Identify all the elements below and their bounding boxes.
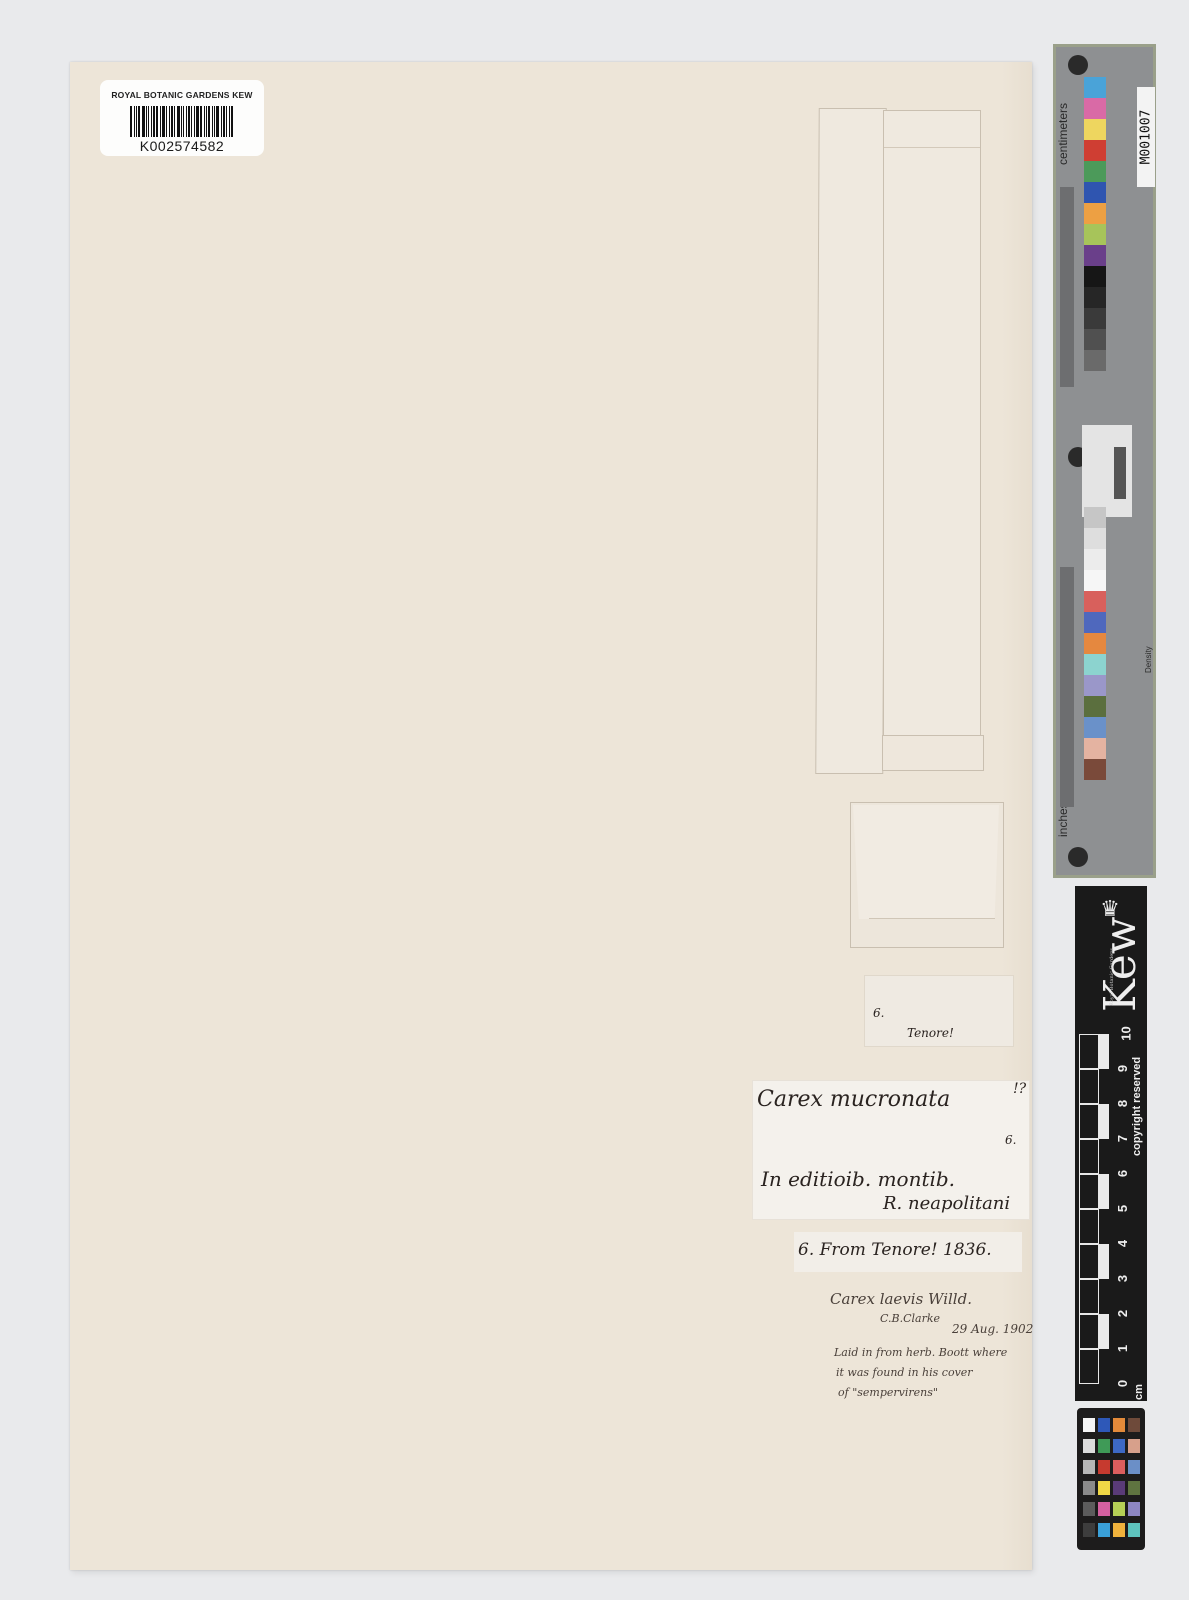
color-swatch <box>1084 98 1106 119</box>
ruler-block <box>1079 1209 1099 1244</box>
checker-patch <box>1098 1523 1110 1537</box>
barcode-bar <box>169 106 170 137</box>
barcode-bar <box>181 106 183 137</box>
checker-patch <box>1113 1418 1125 1432</box>
det-note-3: of "sempervirens" <box>838 1386 938 1399</box>
barcode-bar <box>196 106 199 137</box>
barcode-bar <box>208 106 210 137</box>
det-taxon: Carex laevis Willd. <box>830 1290 972 1308</box>
color-swatch <box>1084 245 1106 266</box>
ruler-number: 9 <box>1115 1065 1130 1072</box>
checker-patch <box>1113 1481 1125 1495</box>
ruler-block <box>1079 1174 1099 1209</box>
copyright-text: copyright reserved <box>1131 1057 1143 1156</box>
barcode-bar <box>191 106 192 137</box>
barcode-bar <box>200 106 202 137</box>
ruler-number: 7 <box>1115 1135 1130 1142</box>
checker-patch <box>1128 1439 1140 1453</box>
query-mark: !? <box>1013 1081 1026 1097</box>
kew-logo: Kew <box>1095 917 1146 1012</box>
ruler-number: 8 <box>1115 1100 1130 1107</box>
barcode-bar <box>216 106 219 137</box>
ruler-block <box>1079 1244 1099 1279</box>
checker-patch <box>1113 1439 1125 1453</box>
taxon-name: Carex mucronata <box>757 1087 950 1112</box>
checker-patch <box>1083 1460 1095 1474</box>
color-swatch <box>1084 507 1106 528</box>
resolution-target <box>1082 425 1132 517</box>
specimen-packet-right <box>883 110 981 770</box>
color-swatch <box>1084 287 1106 308</box>
color-swatch <box>1084 308 1106 329</box>
barcode-bar <box>148 106 149 137</box>
color-swatch <box>1084 633 1106 654</box>
ruler-number: 0 <box>1115 1380 1130 1387</box>
barcode-bar <box>186 106 187 137</box>
barcode-bar <box>177 106 180 137</box>
checker-patch <box>1128 1481 1140 1495</box>
checker-patch <box>1098 1502 1110 1516</box>
ruler-alt-block <box>1099 1314 1109 1349</box>
barcode-bar <box>223 106 225 137</box>
color-swatch <box>1084 140 1106 161</box>
ruler-block <box>1079 1314 1099 1349</box>
packet-foot <box>882 735 984 771</box>
color-swatch <box>1084 329 1106 350</box>
ruler-block <box>1079 1069 1099 1104</box>
ruler-block <box>1079 1034 1099 1069</box>
inches-label: inches <box>1056 802 1070 837</box>
ruler-block <box>1079 1104 1099 1139</box>
checker-patch <box>1098 1460 1110 1474</box>
barcode-bar <box>183 106 184 137</box>
punch-hole-top <box>1068 55 1088 75</box>
checker-patch <box>1128 1523 1140 1537</box>
barcode-bar <box>214 106 215 137</box>
barcode-bar <box>188 106 190 137</box>
color-checker-card <box>1077 1408 1145 1550</box>
color-swatch <box>1084 675 1106 696</box>
ruler-number: 2 <box>1115 1310 1130 1317</box>
det-note-2: it was found in his cover <box>836 1366 973 1379</box>
punch-hole-bottom <box>1068 847 1088 867</box>
centimeters-label: centimeters <box>1056 103 1070 165</box>
barcode <box>130 106 234 137</box>
color-swatch <box>1084 654 1106 675</box>
barcode-bar <box>229 106 230 137</box>
ruler-number: 4 <box>1115 1240 1130 1247</box>
checker-patch <box>1098 1481 1110 1495</box>
color-swatch <box>1084 759 1106 780</box>
ruler-number: 3 <box>1115 1275 1130 1282</box>
ruler-number: 1 <box>1115 1345 1130 1352</box>
det-determiner: C.B.Clarke <box>880 1312 940 1325</box>
color-swatch <box>1084 549 1106 570</box>
locality-line1: In editioib. montib. <box>761 1167 955 1191</box>
barcode-bar <box>146 106 147 137</box>
color-swatch <box>1084 203 1106 224</box>
provenance-text: 6. From Tenore! 1836. <box>798 1240 992 1260</box>
kew-subtitle: Royal Botanic Gardens <box>1109 948 1115 1006</box>
barcode-bar <box>204 106 205 137</box>
color-swatch <box>1084 696 1106 717</box>
color-swatch <box>1084 738 1106 759</box>
ruler-block <box>1079 1349 1099 1384</box>
color-swatch <box>1084 570 1106 591</box>
checker-patch <box>1083 1523 1095 1537</box>
checker-patch <box>1083 1418 1095 1432</box>
barcode-bar <box>231 106 233 137</box>
color-swatch <box>1084 717 1106 738</box>
barcode-bar <box>171 106 173 137</box>
barcode-bar <box>221 106 222 137</box>
color-calibration-bar: M001007 centimeters inches Don Williams … <box>1053 44 1156 878</box>
barcode-label: ROYAL BOTANIC GARDENS KEW K002574582 <box>100 80 264 156</box>
checker-patch <box>1113 1523 1125 1537</box>
checker-patch <box>1113 1502 1125 1516</box>
color-swatch <box>1084 182 1106 203</box>
ruler-number: 10 <box>1119 1026 1134 1040</box>
color-swatch <box>1084 77 1106 98</box>
ruler-block <box>1079 1139 1099 1174</box>
barcode-bar <box>162 106 165 137</box>
barcode-bar <box>151 106 152 137</box>
locality-line2: R. neapolitani <box>883 1193 1010 1214</box>
label-number: 6. <box>1005 1133 1016 1147</box>
specimen-packet-left <box>815 108 886 774</box>
barcode-bar <box>206 106 207 137</box>
ruler-alt-block <box>1099 1244 1109 1279</box>
color-swatch <box>1084 119 1106 140</box>
checker-patch <box>1083 1502 1095 1516</box>
ruler-block <box>1079 1279 1099 1314</box>
tenore-text: Tenore! <box>907 1026 954 1040</box>
kew-scale-ruler: ♛ Kew Royal Botanic Gardens copyright re… <box>1075 886 1147 1401</box>
color-swatch <box>1084 612 1106 633</box>
checker-patch <box>1128 1460 1140 1474</box>
color-swatch <box>1084 591 1106 612</box>
barcode-bar <box>136 106 137 137</box>
barcode-bar <box>166 106 167 137</box>
barcode-number: K002574582 <box>100 138 264 154</box>
checker-patch <box>1083 1439 1095 1453</box>
color-swatch <box>1084 266 1106 287</box>
checker-patch <box>1113 1460 1125 1474</box>
institution-name: ROYAL BOTANIC GARDENS KEW <box>100 90 264 100</box>
color-swatch <box>1084 350 1106 371</box>
barcode-bar <box>156 106 158 137</box>
barcode-bar <box>160 106 161 137</box>
color-swatch <box>1084 161 1106 182</box>
barcode-bar <box>174 106 175 137</box>
color-swatch <box>1084 528 1106 549</box>
main-determination-label: Carex mucronata !? 6. In editioib. monti… <box>752 1080 1030 1220</box>
barcode-bar <box>212 106 213 137</box>
barcode-bar <box>153 106 155 137</box>
bar-ident: M001007 <box>1137 87 1155 187</box>
tenore-slip: 6. Tenore! <box>864 975 1014 1047</box>
packet-fold <box>884 147 980 148</box>
ruler-number: 6 <box>1115 1170 1130 1177</box>
provenance-slip: 6. From Tenore! 1836. <box>794 1232 1022 1272</box>
fragment-packet-flap <box>853 805 999 919</box>
checker-patch <box>1083 1481 1095 1495</box>
ruler-alt-block <box>1099 1034 1109 1069</box>
ruler-ticks <box>1079 1034 1109 1384</box>
barcode-bar <box>142 106 145 137</box>
checker-patch <box>1098 1439 1110 1453</box>
unit-label: cm <box>1133 1384 1145 1400</box>
ruler-number: 5 <box>1115 1205 1130 1212</box>
checker-patch <box>1128 1502 1140 1516</box>
inch-scale <box>1060 567 1074 807</box>
flap-line <box>869 918 995 919</box>
color-swatch <box>1084 224 1106 245</box>
density-label: Density <box>1144 646 1153 673</box>
checker-patch <box>1098 1418 1110 1432</box>
ruler-alt-block <box>1099 1174 1109 1209</box>
barcode-bar <box>226 106 227 137</box>
cm-scale <box>1060 187 1074 387</box>
fragment-packet <box>850 802 1004 948</box>
barcode-bar <box>138 106 140 137</box>
ruler-alt-block <box>1099 1104 1109 1139</box>
barcode-bar <box>134 106 135 137</box>
tenore-number: 6. <box>873 1006 884 1020</box>
det-note-1: Laid in from herb. Boott where <box>834 1346 1007 1359</box>
checker-patch <box>1128 1418 1140 1432</box>
barcode-bar <box>130 106 132 137</box>
det-date: 29 Aug. 1902 <box>952 1322 1033 1336</box>
barcode-bar <box>194 106 195 137</box>
